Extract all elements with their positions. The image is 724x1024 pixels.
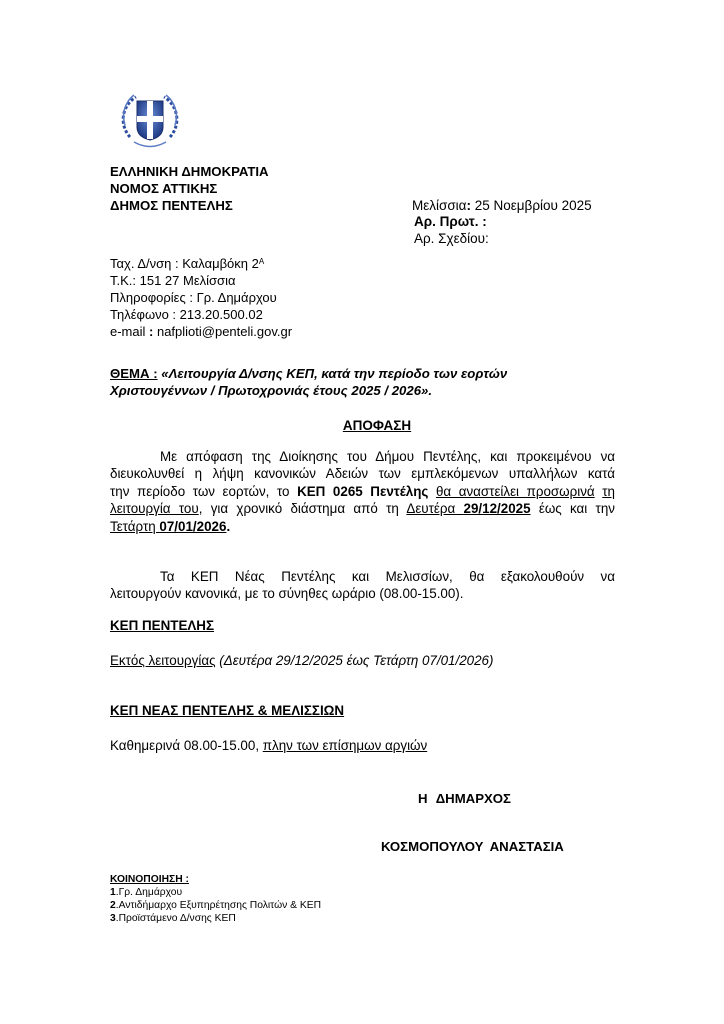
document-date: 25 Νοεμβρίου 2025: [471, 198, 592, 213]
start-day: Δευτέρα: [406, 501, 463, 516]
section-kep-penteli-title: ΚΕΠ ΠΕΝΤΕΛΗΣ: [110, 618, 214, 633]
p1-l3c: [428, 484, 436, 499]
p1-l4e: έως και την: [531, 501, 615, 516]
street-text: Ταχ. Δ/νση : Καλαμβόκη 2: [110, 256, 259, 271]
p1-end-period: .: [226, 519, 230, 534]
address-phone: Τηλέφωνο : 213.20.500.02: [110, 306, 263, 324]
address-email: e-mail : nafplioti@penteli.gov.gr: [110, 323, 292, 341]
p1-line-2: διευκολυνθεί η λήψη κανονικών Αδειών των…: [110, 465, 615, 482]
daily-hours: Καθημερινά 08.00-15.00,: [110, 738, 263, 753]
p2-line-1: Τα ΚΕΠ Νέας Πεντέλης και Μελισσίων, θα ε…: [110, 568, 615, 585]
subject-label: ΘΕΜΑ :: [110, 366, 158, 381]
greek-coat-of-arms-icon: [116, 87, 184, 151]
suspension-text: θα αναστείλει προσωρινά: [436, 484, 595, 499]
email-sep: :: [145, 324, 157, 339]
kep-0265-name: ΚΕΠ 0265 Πεντέλης: [297, 484, 428, 499]
closed-status: Εκτός λειτουργίας: [110, 653, 216, 668]
signatory-name: ΚΟΣΜΟΠΟΥΛΟΥ ΑΝΑΣΤΑΣΙΑ: [381, 839, 564, 854]
p1-line-4: λειτουργία του, για χρονικό διάστημα από…: [110, 500, 615, 517]
subject-text-1: «Λειτουργία Δ/νσης ΚΕΠ, κατά την περίοδο…: [158, 366, 508, 381]
notification-item: 2.Αντιδήμαρχο Εξυπηρέτησης Πολιτών & ΚΕΠ: [110, 899, 321, 912]
protocol-number-label: Αρ. Πρωτ. :: [414, 213, 487, 230]
street-sup: A: [259, 257, 264, 266]
address-postal: Τ.Κ.: 151 27 Μελίσσια: [110, 272, 235, 290]
header-country: ΕΛΛΗΝΙΚΗ ΔΗΜΟΚΡΑΤΙΑ: [110, 163, 269, 180]
decision-title: ΑΠΟΦΑΣΗ: [0, 418, 724, 433]
end-date: 07/01/2026: [159, 519, 226, 534]
p1-l4b: , για χρονικό διάστημα από τη: [199, 501, 407, 516]
item-text: .Γρ. Δημάρχου: [116, 887, 182, 898]
notification-item: 1.Γρ. Δημάρχου: [110, 886, 182, 899]
p1-l3f: τη: [602, 484, 615, 499]
p1-line-3: την περίοδο των εορτών, το ΚΕΠ 0265 Πεντ…: [110, 483, 615, 500]
place-label: Μελίσσια: [412, 198, 466, 213]
p1-text-1: Με απόφαση της Διοίκησης του Δήμου Πεντέ…: [160, 449, 615, 464]
p2-text-1: Τα ΚΕΠ Νέας Πεντέλης και Μελισσίων, θα ε…: [160, 569, 615, 584]
subject-line-2: Χριστουγέννων / Πρωτοχρονιάς έτους 2025 …: [110, 382, 432, 399]
address-info: Πληροφορίες : Γρ. Δημάρχου: [110, 289, 277, 307]
place-date: Μελίσσια: 25 Νοεμβρίου 2025: [412, 197, 592, 214]
signatory-role: Η ΔΗΜΑΡΧΟΣ: [418, 791, 511, 806]
item-text: .Προϊστάμενο Δ/νσης ΚΕΠ: [116, 913, 236, 924]
start-date: 29/12/2025: [464, 501, 531, 516]
email-label: e-mail: [110, 324, 145, 339]
email-link[interactable]: nafplioti@penteli.gov.gr: [157, 324, 292, 339]
item-text: .Αντιδήμαρχο Εξυπηρέτησης Πολιτών & ΚΕΠ: [116, 900, 321, 911]
draft-number-label: Αρ. Σχεδίου:: [414, 230, 489, 247]
notification-title: ΚΟΙΝΟΠΟΙΗΣΗ :: [110, 873, 189, 886]
header-municipality: ΔΗΜΟΣ ΠΕΝΤΕΛΗΣ: [110, 197, 233, 214]
p1-l4a: λειτουργία του: [110, 501, 199, 516]
decision-paragraph: Με απόφαση της Διοίκησης του Δήμου Πεντέ…: [110, 448, 615, 535]
p1-line-1: Με απόφαση της Διοίκησης του Δήμου Πεντέ…: [110, 448, 615, 465]
section-kep-penteli-status: Εκτός λειτουργίας (Δευτέρα 29/12/2025 έω…: [110, 653, 493, 668]
p1-l3a: την περίοδο των εορτών, το: [110, 484, 297, 499]
section-kep-nea-penteli-title: ΚΕΠ ΝΕΑΣ ΠΕΝΤΕΛΗΣ & ΜΕΛΙΣΣΙΩΝ: [110, 703, 344, 718]
address-street: Ταχ. Δ/νση : Καλαμβόκη 2A: [110, 255, 264, 273]
closed-period: (Δευτέρα 29/12/2025 έως Τετάρτη 07/01/20…: [216, 653, 494, 668]
p2-line-2: λειτουργούν κανονικά, με το σύνηθες ωράρ…: [110, 585, 615, 602]
section-kep-nea-penteli-hours: Καθημερινά 08.00-15.00, πλην των επίσημω…: [110, 738, 427, 753]
subject-line-1: ΘΕΜΑ : «Λειτουργία Δ/νσης ΚΕΠ, κατά την …: [110, 365, 507, 382]
other-kep-paragraph: Τα ΚΕΠ Νέας Πεντέλης και Μελισσίων, θα ε…: [110, 568, 615, 603]
end-day: Τετάρτη: [110, 519, 159, 534]
notification-item: 3.Προϊστάμενο Δ/νσης ΚΕΠ: [110, 912, 236, 925]
header-prefecture: ΝΟΜΟΣ ΑΤΤΙΚΗΣ: [110, 180, 217, 197]
holiday-exception: πλην των επίσημων αργιών: [263, 738, 427, 753]
p1-line-5: Τετάρτη 07/01/2026.: [110, 518, 615, 535]
